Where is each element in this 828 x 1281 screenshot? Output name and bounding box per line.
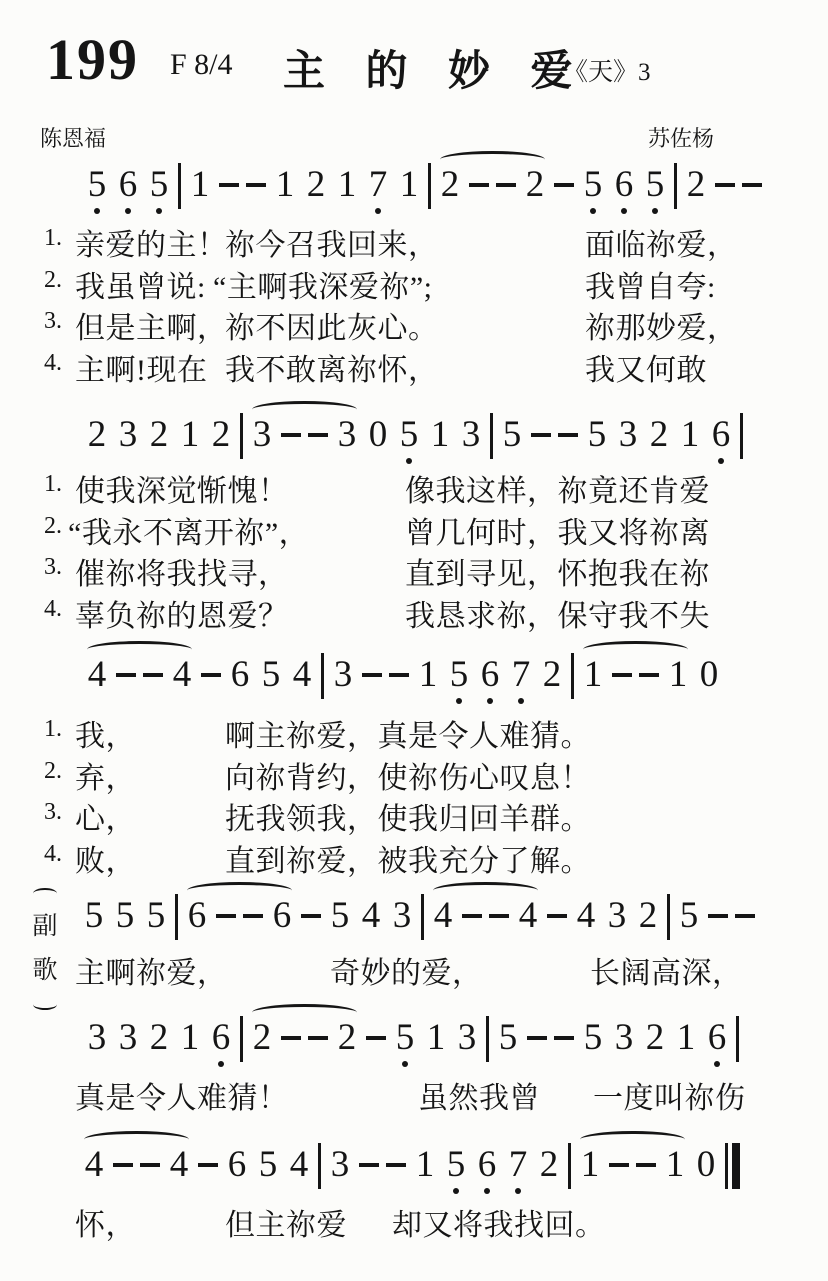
note-digit: 4 — [516, 893, 540, 943]
note-digit: 1 — [178, 412, 202, 462]
barline-icon — [736, 1016, 739, 1062]
collection-reference: 《天》3 — [563, 52, 651, 88]
lyric-text: 使我深觉惭愧！ — [75, 466, 289, 510]
note-digit: 7 — [366, 162, 390, 212]
duration-dash — [527, 1036, 547, 1040]
barline-icon — [178, 163, 181, 209]
lyric-text: 长阔高深， — [590, 948, 743, 992]
duration-dash — [201, 673, 221, 677]
duration-dash — [308, 433, 328, 437]
lyric-text: 面临祢爱， — [585, 220, 738, 264]
slur-group: 11 — [578, 1142, 687, 1192]
note-digit: 3 — [616, 412, 640, 462]
note-digit: 4 — [287, 1142, 311, 1192]
note-digit: 1 — [674, 1015, 698, 1065]
low-octave-dot — [652, 208, 658, 214]
lyric-block-4-chorus: 主啊祢爱，奇妙的爱，长阔高深， — [0, 948, 828, 990]
note-digit: 2 — [209, 412, 233, 462]
note-digit: 1 — [416, 652, 440, 702]
duration-dash — [366, 1036, 386, 1040]
note-digit: 5 — [581, 1015, 605, 1065]
lyric-text: 我虽曾说: — [75, 262, 206, 306]
lyric-text: 奇妙的爱， — [330, 948, 483, 992]
lyric-text: 败， — [75, 836, 136, 880]
low-octave-dot — [590, 208, 596, 214]
verse-number: 3. — [44, 799, 62, 826]
note-digit: 2 — [647, 412, 671, 462]
lyric-text: 我又何敢 — [585, 345, 707, 389]
note-digit: 1 — [678, 412, 702, 462]
note-digit: 1 — [424, 1015, 448, 1065]
note-digit: 5 — [328, 893, 352, 943]
verse-number: 2. — [44, 758, 62, 785]
lyric-line: 3.心，抚我领我，使我归回羊群。 — [0, 794, 828, 836]
lyric-text: 我曾自夸: — [585, 262, 716, 306]
note-digit: 1 — [413, 1142, 437, 1192]
lyric-line: 怀，但主祢爱却又将我找回。 — [0, 1200, 828, 1242]
note-digit: 6 — [116, 162, 140, 212]
lyricist-name: 陈恩福 — [40, 122, 106, 153]
verse-number: 1. — [44, 225, 62, 252]
note-digit: 6 — [475, 1142, 499, 1192]
lyric-line: 4.主啊!现在我不敢离祢怀，我又何敢 — [0, 345, 828, 387]
lyric-block-2: 1.使我深觉惭愧！像我这样，祢竟还肯爱2.“我永不离开祢”，曾几何时，我又将祢离… — [0, 466, 828, 632]
note-digit: 5 — [256, 1142, 280, 1192]
slur-group: 66 — [185, 893, 294, 943]
hymn-title: 主 的 妙 爱 — [283, 38, 575, 98]
lyric-block-6: 怀，但主祢爱却又将我找回。 — [0, 1200, 828, 1242]
note-digit: 5 — [397, 412, 421, 462]
note-digit: 5 — [444, 1142, 468, 1192]
final-bar-thick — [732, 1143, 740, 1189]
lyric-line: 4.败，直到祢爱，被我充分了解。 — [0, 836, 828, 878]
lyric-line: 1.使我深觉惭愧！像我这样，祢竟还肯爱 — [0, 466, 828, 508]
duration-dash — [558, 433, 578, 437]
note-digit: 3 — [612, 1015, 636, 1065]
final-barline-icon — [725, 1143, 740, 1189]
note-digit: 2 — [147, 412, 171, 462]
barline-icon — [674, 163, 677, 209]
music-line-2: 23212330513553216 — [85, 412, 743, 462]
lyric-text: 抚我领我，使我归回羊群。 — [225, 794, 591, 838]
verse-number: 1. — [44, 471, 62, 498]
duration-dash — [216, 914, 236, 918]
note-digit: 1 — [428, 412, 452, 462]
note-digit: 5 — [82, 893, 106, 943]
lyric-line: 1.我，啊主祢爱，真是令人难猜。 — [0, 711, 828, 753]
note-digit: 2 — [643, 1015, 667, 1065]
lyric-text: 向祢背约，使祢伤心叹息！ — [225, 753, 591, 797]
verse-number: 1. — [44, 716, 62, 743]
note-digit: 3 — [328, 1142, 352, 1192]
note-digit: 3 — [335, 412, 359, 462]
note-digit: 2 — [147, 1015, 171, 1065]
duration-dash — [281, 433, 301, 437]
lyric-text: 但是主啊， — [75, 303, 228, 347]
note-digit: 5 — [496, 1015, 520, 1065]
note-digit: 4 — [574, 893, 598, 943]
lyric-text: 真是令人难猜！ — [75, 1073, 289, 1117]
low-octave-dot — [375, 208, 381, 214]
duration-dash — [547, 914, 567, 918]
duration-dash — [362, 673, 382, 677]
lyric-line: 4.辜负祢的恩爱？我恳求祢，保守我不失 — [0, 591, 828, 633]
lyric-text: 虽然我曾 — [418, 1073, 540, 1117]
barline-icon — [175, 894, 178, 940]
note-digit: 6 — [612, 162, 636, 212]
note-digit: 6 — [270, 893, 294, 943]
final-bar-thin — [725, 1143, 728, 1189]
lyric-text: 主啊!现在 — [75, 345, 208, 389]
note-digit: 3 — [331, 652, 355, 702]
lyric-text: 弃， — [75, 753, 136, 797]
low-octave-dot — [515, 1188, 521, 1194]
note-digit: 1 — [581, 652, 605, 702]
verse-number: 3. — [44, 308, 62, 335]
low-octave-dot — [156, 208, 162, 214]
lyric-text: 曾几何时，我又将祢离 — [405, 508, 710, 552]
lyric-text: 催祢将我找寻， — [75, 549, 289, 593]
duration-dash — [246, 183, 266, 187]
low-octave-dot — [718, 458, 724, 464]
lyric-text: 祢今召我回来， — [225, 220, 439, 264]
duration-dash — [281, 1036, 301, 1040]
low-octave-dot — [621, 208, 627, 214]
note-digit: 2 — [250, 1015, 274, 1065]
low-octave-dot — [714, 1061, 720, 1067]
barline-icon — [240, 413, 243, 459]
lyric-text: 但主祢爱 — [225, 1200, 347, 1244]
note-digit: 4 — [167, 1142, 191, 1192]
duration-dash — [462, 914, 482, 918]
duration-dash — [301, 914, 321, 918]
lyric-block-1: 1.亲爱的主！祢今召我回来，面临祢爱，2.我虽曾说:“主啊我深爱祢”;我曾自夸:… — [0, 220, 828, 386]
note-digit: 2 — [85, 412, 109, 462]
duration-dash — [219, 183, 239, 187]
barline-icon — [240, 1016, 243, 1062]
duration-dash — [735, 914, 755, 918]
note-digit: 5 — [113, 893, 137, 943]
barline-icon — [486, 1016, 489, 1062]
note-digit: 1 — [663, 1142, 687, 1192]
slur-group: 44 — [431, 893, 540, 943]
music-line-4-chorus: 55566543444325 — [82, 893, 755, 943]
lyric-line: 3.催祢将我找寻，直到寻见，怀抱我在祢 — [0, 549, 828, 591]
lyric-text: 直到寻见，怀抱我在祢 — [405, 549, 710, 593]
note-digit: 0 — [697, 652, 721, 702]
slur-group: 11 — [581, 652, 690, 702]
lyric-text: 祢那妙爱， — [585, 303, 738, 347]
note-digit: 2 — [438, 162, 462, 212]
verse-number: 4. — [44, 596, 62, 623]
slur-group: 33 — [250, 412, 359, 462]
note-digit: 5 — [585, 412, 609, 462]
duration-dash — [113, 1163, 133, 1167]
key-signature: F 8/4 — [170, 48, 233, 82]
lyric-text: 啊主祢爱，真是令人难猜。 — [225, 711, 591, 755]
duration-dash — [389, 673, 409, 677]
note-digit: 5 — [643, 162, 667, 212]
note-digit: 5 — [500, 412, 524, 462]
lyric-line: 1.亲爱的主！祢今召我回来，面临祢爱， — [0, 220, 828, 262]
lyric-text: 直到祢爱，被我充分了解。 — [225, 836, 591, 880]
note-digit: 2 — [335, 1015, 359, 1065]
note-digit: 3 — [116, 1015, 140, 1065]
duration-dash — [742, 183, 762, 187]
barline-icon — [318, 1143, 321, 1189]
low-octave-dot — [487, 698, 493, 704]
lyric-text: 我， — [75, 711, 136, 755]
lyric-line: 2.弃，向祢背约，使祢伤心叹息！ — [0, 753, 828, 795]
verse-number: 4. — [44, 350, 62, 377]
duration-dash — [198, 1163, 218, 1167]
barline-icon — [321, 653, 324, 699]
note-digit: 1 — [578, 1142, 602, 1192]
lyric-text: 祢不因此灰心。 — [225, 303, 439, 347]
note-digit: 4 — [85, 652, 109, 702]
duration-dash — [609, 1163, 629, 1167]
note-digit: 6 — [225, 1142, 249, 1192]
verse-number: 2. — [44, 267, 62, 294]
duration-dash — [636, 1163, 656, 1167]
barline-icon — [571, 653, 574, 699]
barline-icon — [667, 894, 670, 940]
lyric-block-5: 真是令人难猜！虽然我曾一度叫祢伤 — [0, 1073, 828, 1115]
note-digit: 4 — [170, 652, 194, 702]
music-line-6: 44654315672110 — [82, 1142, 740, 1192]
note-digit: 3 — [85, 1015, 109, 1065]
slur-group: 22 — [438, 162, 547, 212]
duration-dash — [715, 183, 735, 187]
composer-name: 苏佐杨 — [648, 122, 714, 153]
note-digit: 2 — [537, 1142, 561, 1192]
note-digit: 5 — [147, 162, 171, 212]
duration-dash — [554, 183, 574, 187]
duration-dash — [469, 183, 489, 187]
chorus-bracket-bottom-arc — [33, 999, 57, 1010]
note-digit: 6 — [209, 1015, 233, 1065]
lyric-line: 3.但是主啊，祢不因此灰心。祢那妙爱， — [0, 303, 828, 345]
note-digit: 6 — [185, 893, 209, 943]
lyric-text: “我永不离开祢”， — [68, 508, 309, 552]
lyric-text: 像我这样，祢竟还肯爱 — [405, 466, 710, 510]
note-digit: 1 — [273, 162, 297, 212]
note-digit: 0 — [366, 412, 390, 462]
duration-dash — [143, 673, 163, 677]
lyric-text: 亲爱的主！ — [75, 220, 228, 264]
low-octave-dot — [484, 1188, 490, 1194]
duration-dash — [708, 914, 728, 918]
note-digit: 5 — [677, 893, 701, 943]
note-digit: 1 — [666, 652, 690, 702]
note-digit: 6 — [705, 1015, 729, 1065]
lyric-text: 心， — [75, 794, 136, 838]
slur-group: 44 — [82, 1142, 191, 1192]
barline-icon — [740, 413, 743, 459]
note-digit: 6 — [228, 652, 252, 702]
lyric-line: 真是令人难猜！虽然我曾一度叫祢伤 — [0, 1073, 828, 1115]
duration-dash — [612, 673, 632, 677]
hymn-sheet-page: 199 F 8/4 主 的 妙 爱 《天》3 陈恩福 苏佐杨 565112171… — [0, 0, 828, 1281]
chorus-bracket-top-arc — [33, 888, 57, 899]
lyric-text: 我不敢离祢怀， — [225, 345, 439, 389]
note-digit: 3 — [116, 412, 140, 462]
chorus-label-char: 副 — [32, 912, 57, 942]
barline-icon — [421, 894, 424, 940]
lyric-line: 主啊祢爱，奇妙的爱，长阔高深， — [0, 948, 828, 990]
note-digit: 1 — [178, 1015, 202, 1065]
low-octave-dot — [125, 208, 131, 214]
low-octave-dot — [406, 458, 412, 464]
lyric-text: 一度叫祢伤 — [593, 1073, 746, 1117]
barline-icon — [490, 413, 493, 459]
note-digit: 3 — [455, 1015, 479, 1065]
duration-dash — [496, 183, 516, 187]
music-line-3: 44654315672110 — [85, 652, 721, 702]
duration-dash — [386, 1163, 406, 1167]
hymn-number: 199 — [46, 26, 139, 93]
note-digit: 5 — [447, 652, 471, 702]
low-octave-dot — [453, 1188, 459, 1194]
note-digit: 1 — [188, 162, 212, 212]
barline-icon — [428, 163, 431, 209]
note-digit: 7 — [506, 1142, 530, 1192]
lyric-line: 2.“我永不离开祢”，曾几何时，我又将祢离 — [0, 508, 828, 550]
music-line-5: 3321622513553216 — [85, 1015, 739, 1065]
barline-icon — [568, 1143, 571, 1189]
note-digit: 5 — [259, 652, 283, 702]
slur-group: 22 — [250, 1015, 359, 1065]
duration-dash — [639, 673, 659, 677]
lyric-text: 辜负祢的恩爱？ — [75, 591, 289, 635]
note-digit: 2 — [304, 162, 328, 212]
verse-number: 4. — [44, 841, 62, 868]
low-octave-dot — [218, 1061, 224, 1067]
note-digit: 5 — [581, 162, 605, 212]
duration-dash — [116, 673, 136, 677]
duration-dash — [489, 914, 509, 918]
duration-dash — [140, 1163, 160, 1167]
note-digit: 4 — [359, 893, 383, 943]
note-digit: 3 — [605, 893, 629, 943]
duration-dash — [554, 1036, 574, 1040]
note-digit: 2 — [636, 893, 660, 943]
low-octave-dot — [518, 698, 524, 704]
note-digit: 0 — [694, 1142, 718, 1192]
note-digit: 4 — [431, 893, 455, 943]
note-digit: 4 — [290, 652, 314, 702]
duration-dash — [243, 914, 263, 918]
music-line-1: 565112171225652 — [85, 162, 762, 212]
verse-number: 2. — [44, 513, 62, 540]
note-digit: 1 — [397, 162, 421, 212]
lyric-text: 主啊祢爱， — [75, 948, 228, 992]
note-digit: 5 — [144, 893, 168, 943]
lyric-text: “主啊我深爱祢”; — [213, 262, 432, 306]
lyric-text: 怀， — [75, 1200, 136, 1244]
note-digit: 3 — [250, 412, 274, 462]
lyric-block-3: 1.我，啊主祢爱，真是令人难猜。2.弃，向祢背约，使祢伤心叹息！3.心，抚我领我… — [0, 711, 828, 877]
verse-number: 3. — [44, 554, 62, 581]
note-digit: 4 — [82, 1142, 106, 1192]
lyric-line: 2.我虽曾说:“主啊我深爱祢”;我曾自夸: — [0, 262, 828, 304]
low-octave-dot — [456, 698, 462, 704]
slur-group: 44 — [85, 652, 194, 702]
duration-dash — [531, 433, 551, 437]
lyric-text: 我恳求祢，保守我不失 — [405, 591, 710, 635]
note-digit: 3 — [459, 412, 483, 462]
note-digit: 1 — [335, 162, 359, 212]
note-digit: 2 — [540, 652, 564, 702]
note-digit: 6 — [709, 412, 733, 462]
note-digit: 5 — [393, 1015, 417, 1065]
note-digit: 3 — [390, 893, 414, 943]
low-octave-dot — [402, 1061, 408, 1067]
note-digit: 2 — [684, 162, 708, 212]
duration-dash — [308, 1036, 328, 1040]
duration-dash — [359, 1163, 379, 1167]
low-octave-dot — [94, 208, 100, 214]
note-digit: 5 — [85, 162, 109, 212]
lyric-text: 却又将我找回。 — [392, 1200, 606, 1244]
note-digit: 6 — [478, 652, 502, 702]
note-digit: 2 — [523, 162, 547, 212]
note-digit: 7 — [509, 652, 533, 702]
